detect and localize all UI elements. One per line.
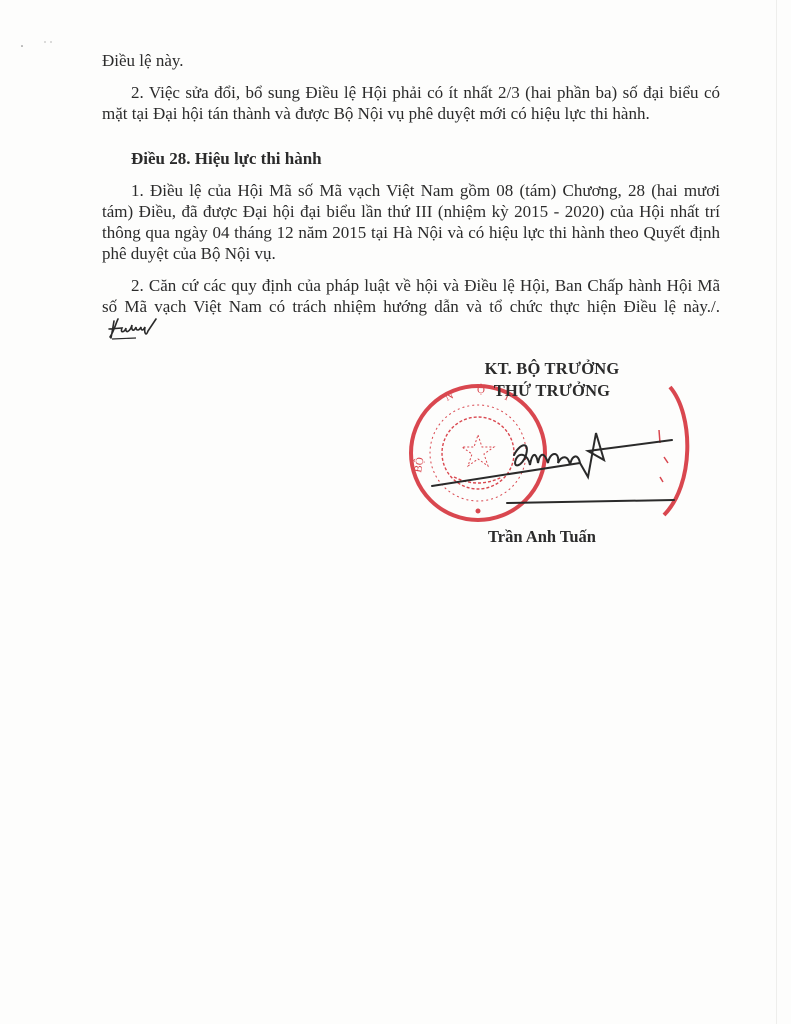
scan-page-edge <box>776 0 777 1024</box>
signature-block: BỘ N Ộ I KT. BỘ TRƯỞNG THỨ TRƯỞNG Trần A… <box>402 355 702 555</box>
article-28-clause-2-text: 2. Căn cứ các quy định của pháp luật về … <box>102 276 720 316</box>
continuation-line: Điều lệ này. <box>102 50 720 71</box>
handwritten-signature-icon <box>432 433 674 503</box>
svg-text:BỘ: BỘ <box>412 456 426 473</box>
signature-title-vice-minister: THỨ TRƯỞNG <box>472 381 632 401</box>
document-body: Điều lệ này. 2. Việc sửa đổi, bổ sung Đi… <box>102 50 720 124</box>
signer-name: Trần Anh Tuấn <box>472 527 612 547</box>
article-28-clause-1: 1. Điều lệ của Hội Mã số Mã vạch Việt Na… <box>102 180 720 264</box>
ministry-seal-icon: BỘ N Ộ I <box>411 384 545 520</box>
article-28-body: 1. Điều lệ của Hội Mã số Mã vạch Việt Na… <box>102 180 720 341</box>
article-28-heading: Điều 28. Hiệu lực thi hành <box>131 149 322 169</box>
initials-signature-icon <box>106 317 164 341</box>
scan-specks <box>20 40 60 50</box>
article-28-clause-2: 2. Căn cứ các quy định của pháp luật về … <box>102 275 720 341</box>
signature-title-deputy-for-minister: KT. BỘ TRƯỞNG <box>472 359 632 379</box>
partial-seal-arc-icon <box>659 387 687 515</box>
clause-2-amendments: 2. Việc sửa đổi, bổ sung Điều lệ Hội phả… <box>102 82 720 124</box>
